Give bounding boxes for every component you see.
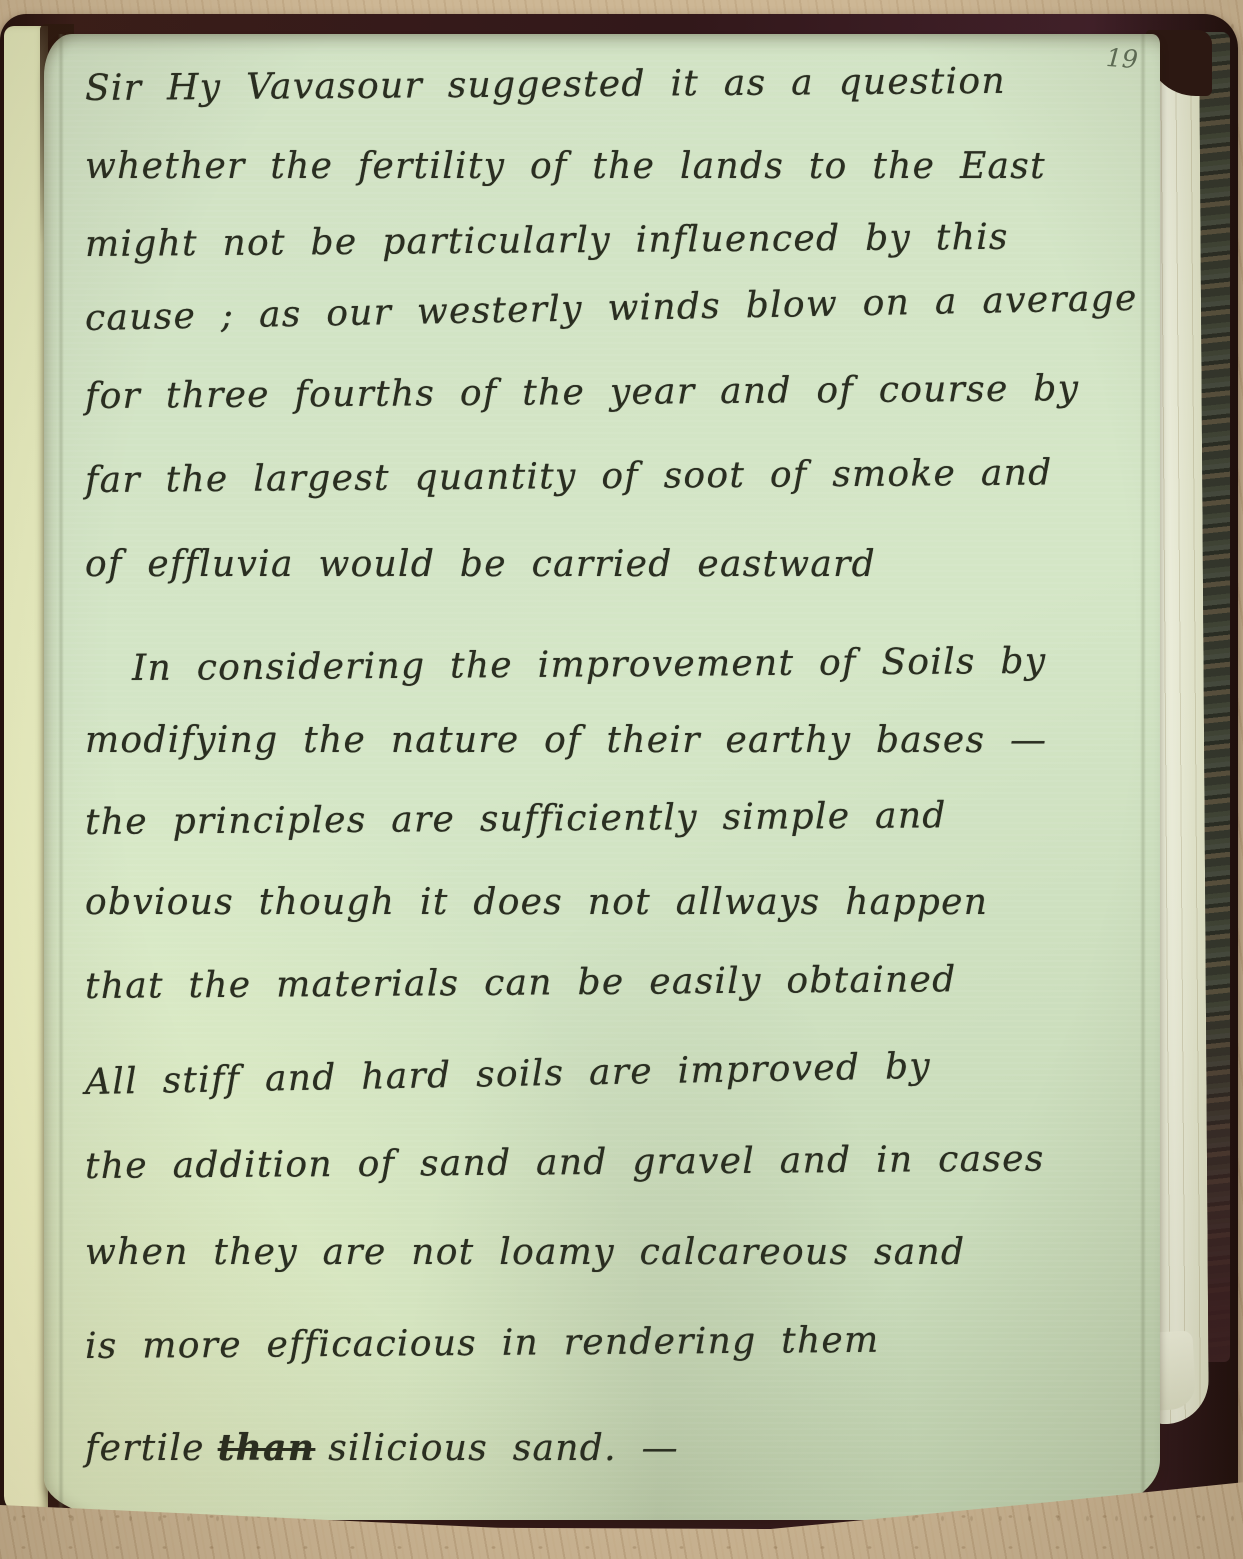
manuscript-line: far the largest quantity of soot of smok…	[85, 450, 1053, 503]
handwritten-text: Sir Hy Vavasour suggested it as a questi…	[44, 34, 1160, 1520]
manuscript-line: whether the fertility of the lands to th…	[85, 144, 1046, 189]
manuscript-line-final: fertilethansilicious sand. —	[85, 1426, 692, 1471]
manuscript-line: In considering the improvement of Soils …	[132, 639, 1047, 691]
manuscript-line: Sir Hy Vavasour suggested it as a questi…	[85, 59, 1006, 111]
manuscript-word: fertile	[85, 1428, 205, 1469]
manuscript-page: 19 Sir Hy Vavasour suggested it as a que…	[44, 34, 1160, 1520]
manuscript-line: for three fourths of the year and of cou…	[85, 366, 1080, 419]
manuscript-line: that the materials can be easily obtaine…	[85, 957, 957, 1009]
manuscript-line: might not be particularly influenced by …	[85, 215, 1009, 267]
manuscript-line: obvious though it does not allways happe…	[85, 880, 988, 925]
manuscript-line: the addition of sand and gravel and in c…	[85, 1136, 1045, 1189]
struck-word: than	[218, 1427, 316, 1469]
manuscript-line: when they are not loamy calcareous sand	[85, 1230, 965, 1275]
manuscript-line: cause ; as our westerly winds blow on a …	[85, 276, 1138, 341]
manuscript-line: All stiff and hard soils are improved by	[85, 1044, 932, 1105]
manuscript-photo: 1 19 Sir Hy Vavasour suggested it as a q…	[0, 0, 1243, 1559]
manuscript-line: of effluvia would be carried eastward	[85, 542, 876, 587]
manuscript-line: the principles are sufficiently simple a…	[85, 793, 947, 845]
manuscript-word: silicious sand. —	[328, 1428, 679, 1469]
manuscript-line: is more efficacious in rendering them	[85, 1318, 880, 1369]
manuscript-line: modifying the nature of their earthy bas…	[85, 718, 1047, 763]
